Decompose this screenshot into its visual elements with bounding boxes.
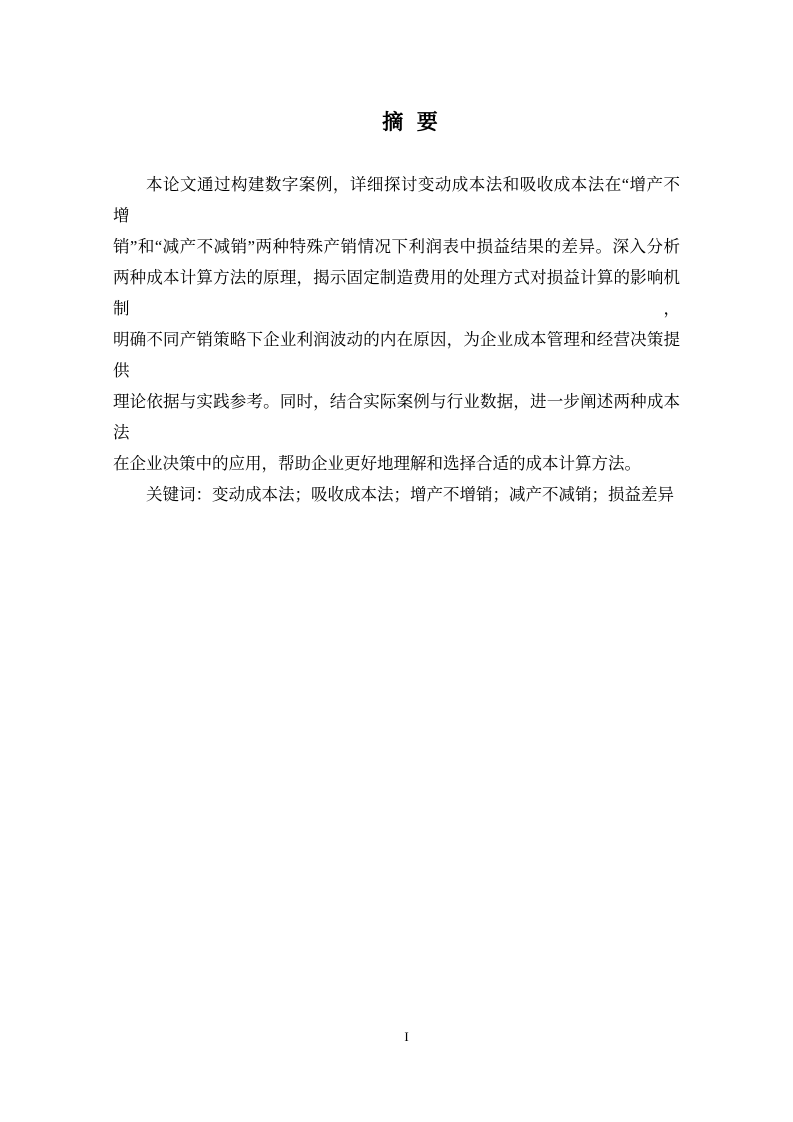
- abstract-line: 销”和“减产不减销”两种特殊产销情况下利润表中损益结果的差异。深入分析: [113, 231, 680, 262]
- abstract-paragraph: 本论文通过构建数字案例，详细探讨变动成本法和吸收成本法在“增产不增销”和“减产不…: [113, 169, 680, 479]
- keywords-line: 关键词：变动成本法；吸收成本法；增产不增销；减产不减销；损益差异: [113, 479, 680, 510]
- page-number: I: [10, 1029, 793, 1044]
- abstract-title: 摘 要: [127, 107, 694, 138]
- abstract-line: 本论文通过构建数字案例，详细探讨变动成本法和吸收成本法在“增产不增: [113, 169, 680, 231]
- abstract-line: 两种成本计算方法的原理，揭示固定制造费用的处理方式对损益计算的影响机制，: [113, 262, 680, 324]
- document-page: 摘 要 本论文通过构建数字案例，详细探讨变动成本法和吸收成本法在“增产不增销”和…: [0, 0, 793, 1122]
- abstract-line: 明确不同产销策略下企业利润波动的内在原因，为企业成本管理和经营决策提供: [113, 324, 680, 386]
- abstract-line: 理论依据与实践参考。同时，结合实际案例与行业数据，进一步阐述两种成本法: [113, 386, 680, 448]
- abstract-line: 在企业决策中的应用，帮助企业更好地理解和选择合适的成本计算方法。: [113, 448, 680, 479]
